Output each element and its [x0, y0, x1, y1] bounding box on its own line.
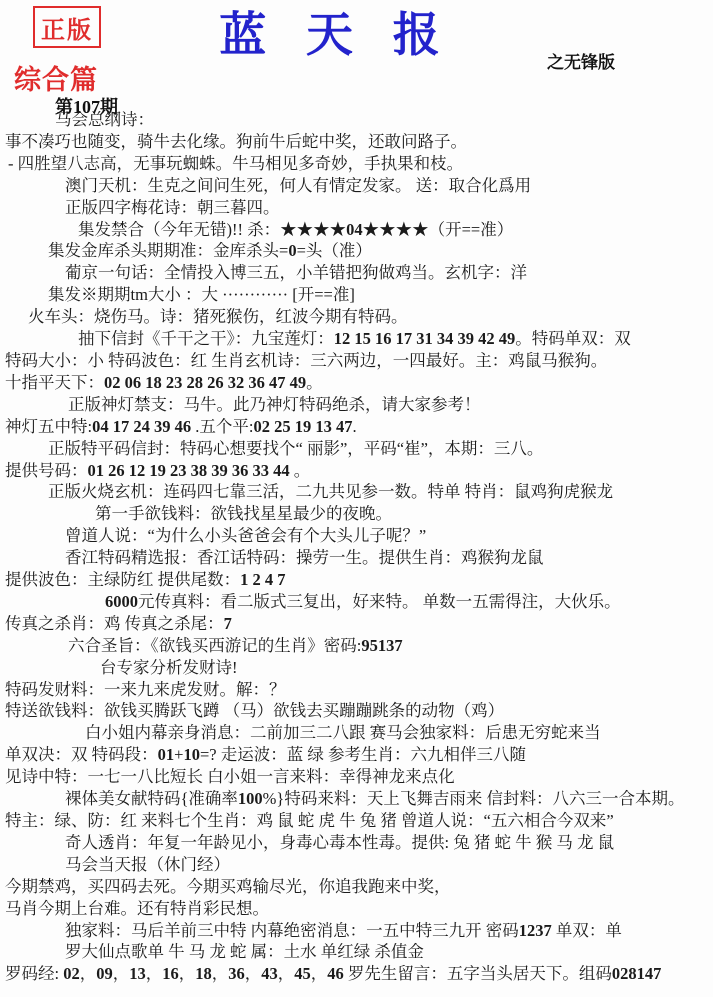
- text-line: 马会当天报（休门经）: [0, 854, 713, 876]
- text-line: 神灯五中特:04 17 24 39 46 .五个平:02 25 19 13 47…: [0, 416, 713, 438]
- text-line: 十指平天下：02 06 18 23 28 26 32 36 47 49。: [0, 372, 713, 394]
- text-line: 传真之杀肖：鸡 传真之杀尾：7: [0, 613, 713, 635]
- text-line: 马肖今期上台难。还有特肖彩民想。: [0, 898, 713, 920]
- text-line: 正版特平码信封：特码心想要找个“ 丽影”，平码“崔”，本期：三八。: [0, 438, 713, 460]
- text-line: 第一手欲钱料：欲钱找星星最少的夜晚。: [0, 503, 713, 525]
- text-line: 提供波色：主绿防红 提供尾数：1 2 4 7: [0, 569, 713, 591]
- text-line: 特主：绿、防：红 来料七个生肖：鸡 鼠 蛇 虎 牛 兔 猪 曾道人说：“五六相合…: [0, 810, 713, 832]
- text-line: 特码发财料：一来九来虎发财。解：？: [0, 679, 713, 701]
- text-line: 白小姐内幕亲身消息：二前加三二八跟 赛马会独家料：后患无穷蛇来当: [0, 722, 713, 744]
- text-line: 集发※期期tm大小 ：大 ············ [开==准]: [0, 284, 713, 306]
- text-line: 六合圣旨：《欲钱买西游记的生肖》密码:95137: [0, 635, 713, 657]
- text-line: 事不凑巧也随变，骑牛去化缘。狗前牛后蛇中奖，还敢问路子。: [0, 131, 713, 153]
- text-line: 罗码经: 02，09，13，16，18，36，43，45，46 罗先生留言：五字…: [0, 963, 713, 985]
- text-line: 马会总纲诗：: [0, 109, 713, 131]
- text-line: 澳门天机：生克之间问生死，何人有情定发家。 送：取合化爲用: [0, 175, 713, 197]
- text-line: 火车头：烧伤马。诗：猪死猴伤，红波今期有特码。: [0, 306, 713, 328]
- text-line: 裸体美女献特码{准确率100%}特码来料：天上飞舞吉雨来 信封料：八六三一合本期…: [0, 788, 713, 810]
- text-line: 正版火烧玄机：连码四七靠三活，二九共见参一数。特单 特肖：鼠鸡狗虎猴龙: [0, 481, 713, 503]
- document-body: 马会总纲诗：事不凑巧也随变，骑牛去化缘。狗前牛后蛇中奖，还敢问路子。- 四胜望八…: [0, 109, 713, 985]
- text-line: 曾道人说：“为什么小头爸爸会有个大头儿子呢？”: [0, 525, 713, 547]
- text-line: 抽下信封《千干之干》：九宝莲灯：12 15 16 17 31 34 39 42 …: [0, 328, 713, 350]
- text-line: - 四胜望八志高，无事玩蜘蛛。牛马相见多奇妙，手执果和枝。: [0, 153, 713, 175]
- text-line: 集发禁合（今年无错)!! 杀：★★★★04★★★★（开==准）: [0, 219, 713, 241]
- text-line: 特送欲钱料：欲钱买腾跃飞蹲 （马）欲钱去买蹦蹦跳条的动物（鸡）: [0, 700, 713, 722]
- text-line: 正版四字梅花诗：朝三暮四。: [0, 197, 713, 219]
- text-line: 提供号码：01 26 12 19 23 38 39 36 33 44 。: [0, 460, 713, 482]
- text-line: 集发金库杀头期期准：金库杀头=0=头（准）: [0, 240, 713, 262]
- text-line: 特码大小：小 特码波色：红 生肖玄机诗：三六两边，一四最好。主：鸡鼠马猴狗。: [0, 350, 713, 372]
- text-line: 今期禁鸡，买四码去死。今期买鸡输尽光，你追我跑来中奖，: [0, 876, 713, 898]
- text-line: 6000元传真料：看二版式三复出，好来特。 单数一五需得注，大伙乐。: [0, 591, 713, 613]
- text-line: 单双决：双 特码段：01+10=? 走运波：蓝 绿 参考生肖：六九相伴三八随: [0, 744, 713, 766]
- text-line: 独家料：马后羊前三中特 内幕绝密消息：一五中特三九开 密码1237 单双：单: [0, 920, 713, 942]
- text-line: 葡京一句话：全情投入博三五，小羊错把狗做鸡当。玄机字：洋: [0, 262, 713, 284]
- text-line: 见诗中特：一七一八比短长 白小姐一言来料：幸得神龙来点化: [0, 766, 713, 788]
- text-line: 罗大仙点歌单 牛 马 龙 蛇 属：土水 单红绿 杀值金: [0, 941, 713, 963]
- text-line: 台专家分析发财诗!: [0, 657, 713, 679]
- text-line: 奇人透肖：年复一年龄见小，身毒心毒本性毒。提供: 兔 猪 蛇 牛 猴 马 龙 鼠: [0, 832, 713, 854]
- text-line: 正版神灯禁支：马牛。此乃神灯特码绝杀，请大家参考！: [0, 394, 713, 416]
- text-line: 香江特码精选报：香江话特码：操劳一生。提供生肖：鸡猴狗龙鼠: [0, 547, 713, 569]
- newspaper-page: 正版 蓝 天 报 之无锋版 综合篇 第107期 马会总纲诗：事不凑巧也随变，骑牛…: [0, 0, 713, 997]
- section-title: 综合篇: [14, 58, 98, 97]
- edition-label: 之无锋版: [547, 48, 615, 73]
